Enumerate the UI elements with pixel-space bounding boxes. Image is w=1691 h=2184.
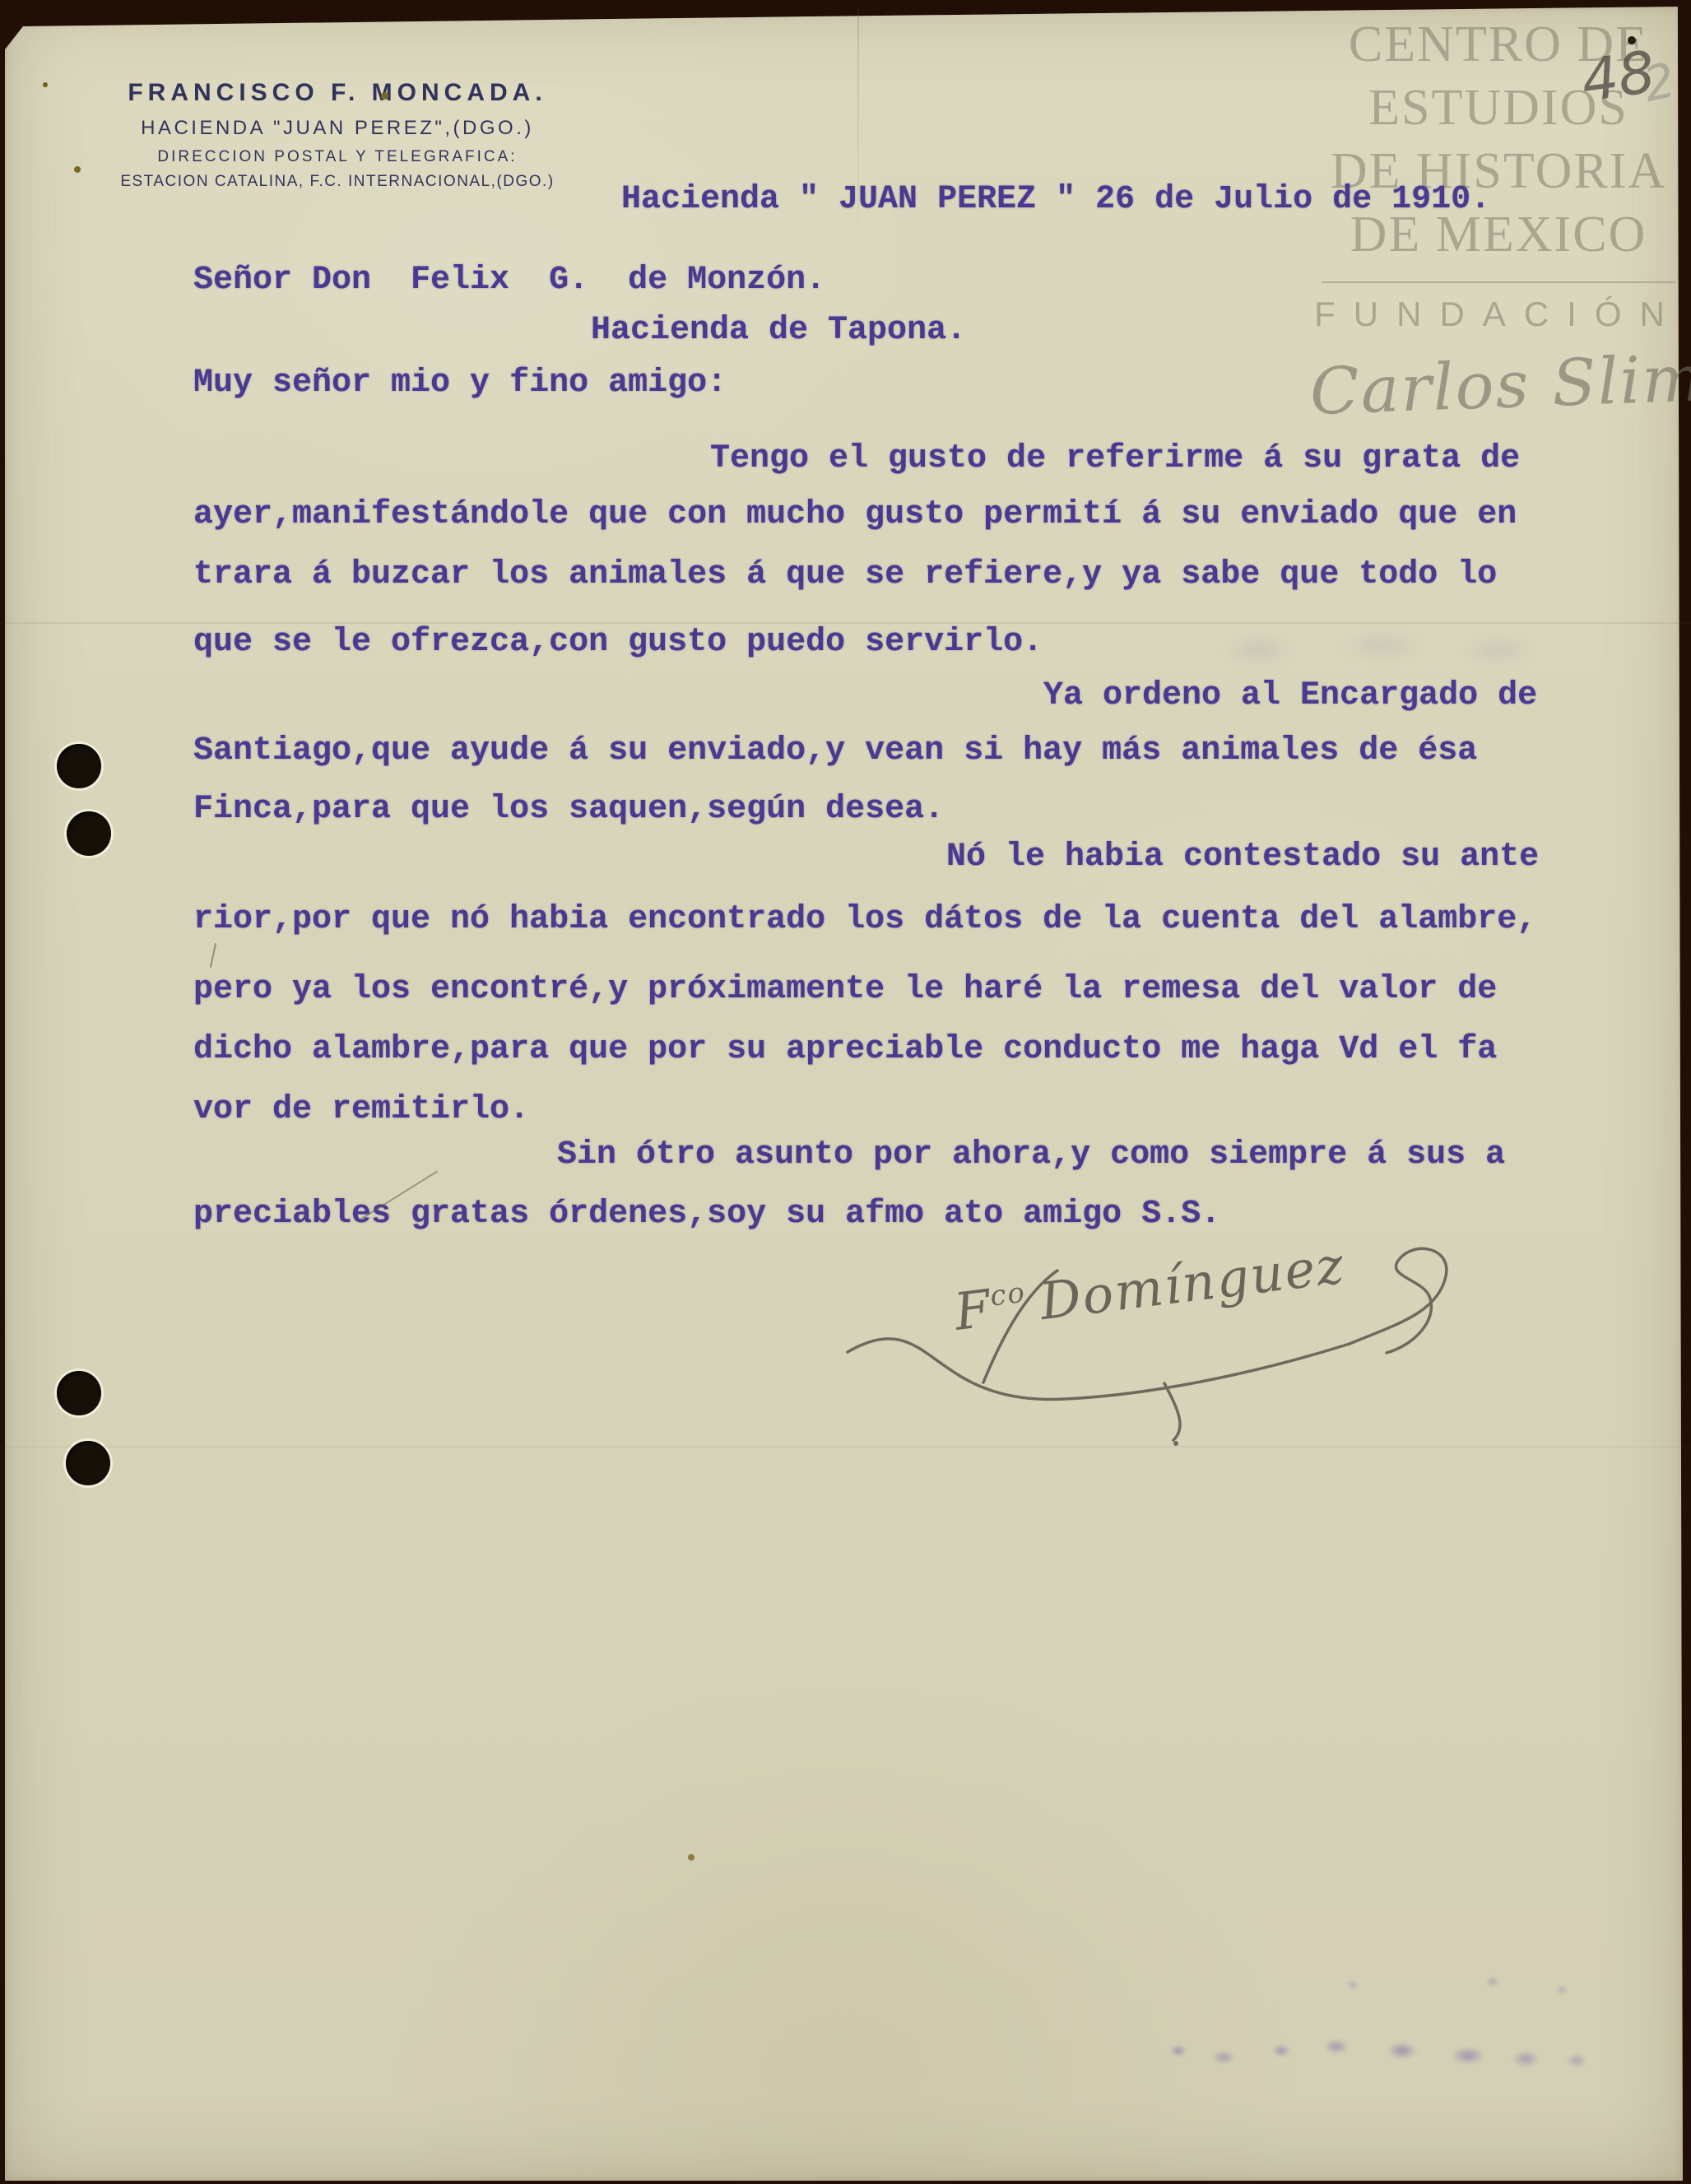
letter-dateline: Hacienda " JUAN PEREZ " 26 de Julio de 1…	[621, 180, 1490, 220]
letter-body-line: ayer,manifestándole que con mucho gusto …	[193, 495, 1517, 535]
letter-recipient-place: Hacienda de Tapona.	[591, 311, 966, 351]
signature-flourish-sweep	[848, 1339, 1350, 1400]
fold-crease-vertical	[857, 7, 859, 253]
letterhead-hacienda: HACIENDA "JUAN PEREZ",(DGO.)	[66, 117, 609, 140]
paper-stain	[381, 92, 388, 100]
fold-crease-horizontal	[0, 1446, 1691, 1447]
paper-stain	[74, 166, 81, 173]
letter-body-line: vor de remitirlo.	[193, 1090, 529, 1130]
letter-body-line: que se le ofrezca,con gusto puedo servir…	[193, 623, 1043, 662]
punch-hole	[57, 744, 101, 788]
letter-body-line: trara á buzcar los animales á que se ref…	[193, 555, 1497, 595]
letter-body-line: Santiago,que ayude á su enviado,y vean s…	[193, 732, 1477, 771]
scanned-letter-page: CENTRO DE ESTUDIOS DE HISTORIA DE MEXICO…	[0, 0, 1691, 2184]
letterhead-address-label: DIRECCION POSTAL Y TELEGRAFICA:	[66, 148, 609, 166]
letter-body-line: Finca,para que los saquen,según desea.	[193, 790, 944, 829]
ink-offset-ghost	[1177, 613, 1563, 687]
paper-stain	[43, 82, 48, 87]
letterhead: FRANCISCO F. MONCADA. HACIENDA "JUAN PER…	[66, 79, 609, 191]
signature-flourish-loop	[1350, 1248, 1447, 1353]
punch-hole	[67, 811, 111, 856]
letterhead-station: ESTACION CATALINA, F.C. INTERNACIONAL,(D…	[66, 173, 609, 191]
letter-recipient: Señor Don Felix G. de Monzón.	[193, 261, 825, 300]
letter-body-line: dicho alambre,para que por su apreciable…	[193, 1030, 1497, 1070]
purple-ink-smudge	[1145, 1968, 1623, 2084]
signature-superscript: co	[988, 1276, 1028, 1313]
ink-speck	[1628, 36, 1636, 44]
signature-surname: Domínguez	[1036, 1234, 1349, 1331]
letter-salutation: Muy señor mio y fino amigo:	[193, 364, 727, 403]
watermark-founder-signature: Carlos Slim	[1309, 342, 1689, 430]
letter-body-line: Nó le habia contestado su ante	[946, 838, 1539, 877]
punch-hole	[57, 1371, 101, 1415]
letter-body-line: Sin ótro asunto por ahora,y como siempre…	[557, 1136, 1505, 1175]
paper-stain	[688, 1854, 695, 1861]
watermark-foundation: FUNDACIÓN	[1310, 295, 1687, 334]
letter-body-line: Tengo el gusto de referirme á su grata d…	[710, 439, 1520, 479]
document-content: CENTRO DE ESTUDIOS DE HISTORIA DE MEXICO…	[0, 0, 1691, 2184]
letter-body-line: rior,por que nó habia encontrado los dát…	[193, 900, 1536, 940]
letterhead-name: FRANCISCO F. MONCADA.	[66, 79, 609, 107]
sender-signature: FcoDomínguez	[811, 1192, 1469, 1447]
watermark-divider	[1322, 281, 1675, 283]
letter-body-line: pero ya los encontré,y próximamente le h…	[193, 970, 1497, 1010]
signature-rubric-stroke	[1164, 1383, 1180, 1440]
punch-hole	[66, 1441, 110, 1485]
pencil-tick-mark	[210, 943, 216, 968]
